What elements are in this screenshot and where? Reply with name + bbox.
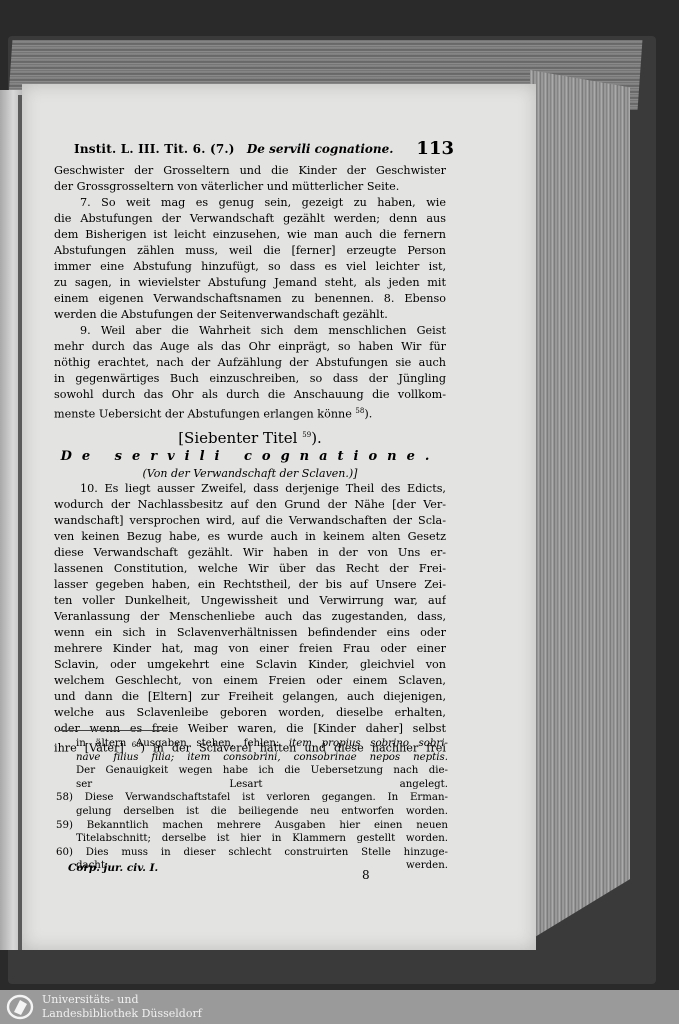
text-line: menste Uebersicht der Abstufungen erlang…: [54, 403, 446, 423]
footnote-58: 58) Diese Verwandschaftstafel ist verlor…: [56, 791, 448, 805]
footnote-line: Titelabschnitt; derselbe ist hier in Kla…: [56, 832, 448, 846]
signature-mark: 8: [362, 868, 370, 882]
text-line: Sclavin, oder umgekehrt eine Sclavin Kin…: [54, 657, 446, 673]
latin-fragment: item propius sobrino sobri-: [289, 738, 448, 749]
text-line: welchem Geschlecht, von einem Freien ode…: [54, 673, 446, 689]
footnote-line: Der Genauigkeit wegen habe ich die Ueber…: [56, 764, 448, 778]
text-line: werden die Abstufungen der Seitenverwand…: [54, 307, 446, 323]
text-line: wenn ein sich in Sclavenverhältnissen be…: [54, 625, 446, 641]
signature-line: Corp. jur. civ. I.: [68, 862, 158, 874]
section-heading-end: ).: [311, 429, 322, 447]
text-line: die Abstufungen der Verwandschaft gezähl…: [54, 211, 446, 227]
text-line: wandschaft] versprochen wird, auf die Ve…: [54, 513, 446, 529]
book-fore-edge: [530, 70, 630, 940]
latin-title: De servili cognatione.: [54, 448, 446, 466]
footnote-ref: 58: [355, 407, 364, 415]
text-line: immer eine Abstufung hinzufügt, so dass …: [54, 259, 446, 275]
library-name: Universitäts- und Landesbibliothek Düsse…: [42, 993, 202, 1021]
running-head-title: De servili cognatione.: [247, 142, 394, 156]
text-line: wodurch der Nachlassbesitz auf den Grund…: [54, 497, 446, 513]
text-line: 9. Weil aber die Wahrheit sich dem mensc…: [54, 323, 446, 339]
text-line: ten voller Dunkelheit, Ungewissheit und …: [54, 593, 446, 609]
main-text: Geschwister der Grosseltern und die Kind…: [54, 163, 446, 756]
text-line: einem eigenen Verwandschaftsnamen zu ben…: [54, 291, 446, 307]
section-heading: [Siebenter Titel 59).: [54, 425, 446, 448]
footnote-line: gelung derselben ist die beiliegende neu…: [56, 805, 448, 819]
text-fragment: menste Uebersicht der Abstufungen erlang…: [54, 408, 352, 421]
footnote-59: 59) Bekanntlich machen mehrere Ausgaben …: [56, 819, 448, 833]
text-line: und dann die [Eltern] zur Freiheit gelan…: [54, 689, 446, 705]
page-number: 113: [416, 138, 454, 159]
footnote-line: ser Lesart angelegt.: [56, 778, 448, 792]
text-line: 10. Es liegt ausser Zweifel, dass derjen…: [54, 481, 446, 497]
text-fragment: in ältern Ausgaben stehen, fehlen:: [76, 738, 289, 749]
footnote-line: nave filius filia; item consobrini, cons…: [56, 751, 448, 765]
text-line: ven keinen Bezug habe, es wurde auch in …: [54, 529, 446, 545]
running-head-citation: Instit. L. III. Tit. 6. (7.): [74, 142, 235, 156]
library-name-line1: Universitäts- und: [42, 993, 202, 1007]
book-logo-icon: [6, 994, 34, 1020]
text-line: diese Verwandschaft gezählt. Wir haben i…: [54, 545, 446, 561]
german-title: (Von der Verwandschaft der Sclaven.)]: [54, 466, 446, 481]
text-line: Geschwister der Grosseltern und die Kind…: [54, 163, 446, 179]
footnote-60: 60) Dies muss in dieser schlecht constru…: [56, 846, 448, 860]
text-line: welche aus Sclavenleibe geboren worden, …: [54, 705, 446, 721]
text-line: Abstufungen zählen muss, weil die [ferne…: [54, 243, 446, 259]
footnote-line: in ältern Ausgaben stehen, fehlen: item …: [56, 737, 448, 751]
text-line: zu sagen, in wievielster Abstufung Jeman…: [54, 275, 446, 291]
text-line: sowohl durch das Ohr als durch die Ansch…: [54, 387, 446, 403]
text-line: lassenen Constitution, welche Wir über d…: [54, 561, 446, 577]
text-line: dem Bisherigen ist leicht einzusehen, wi…: [54, 227, 446, 243]
text-line: mehr durch das Auge als das Ohr einprägt…: [54, 339, 446, 355]
footnote-divider: [58, 730, 168, 731]
text-line: nöthig erachtet, nach der Aufzählung der…: [54, 355, 446, 371]
text-line: oder wenn es freie Weiber waren, die [Ki…: [54, 721, 446, 737]
text-line: in gegenwärtiges Buch einzuschreiben, so…: [54, 371, 446, 387]
section-heading-text: [Siebenter Titel: [178, 429, 297, 447]
library-name-line2: Landesbibliothek Düsseldorf: [42, 1007, 202, 1021]
footnotes: in ältern Ausgaben stehen, fehlen: item …: [56, 737, 448, 873]
footnote-ref: 59: [302, 431, 311, 439]
text-line: Veranlassung der Menschenliebe auch das …: [54, 609, 446, 625]
running-head: Instit. L. III. Tit. 6. (7.) De servili …: [74, 142, 454, 156]
text-line: der Grossgrosseltern von väterlicher und…: [54, 179, 446, 195]
text-fragment: ).: [364, 408, 372, 421]
library-footer-bar: Universitäts- und Landesbibliothek Düsse…: [0, 990, 679, 1024]
text-line: lasser gegeben haben, ein Rechtstheil, d…: [54, 577, 446, 593]
text-line: 7. So weit mag es genug sein, gezeigt zu…: [54, 195, 446, 211]
text-line: mehrere Kinder hat, mag von einer freien…: [54, 641, 446, 657]
